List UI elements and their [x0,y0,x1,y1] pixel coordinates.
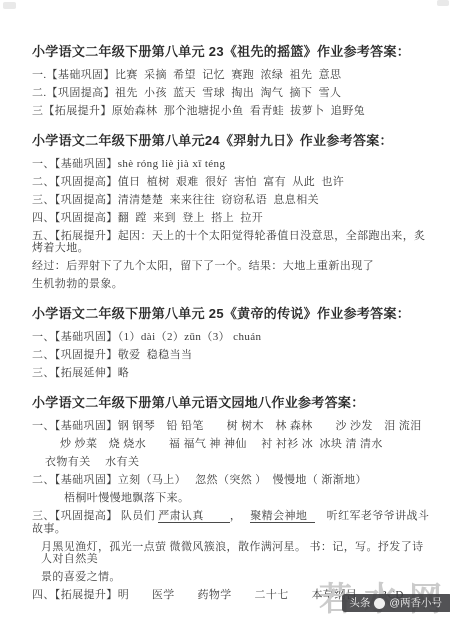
answer-line: 月黑见渔灯，孤光一点萤 微微风簇浪，散作满河星。 书：记，写。抒发了诗人对自然美 [32,541,434,565]
section-yuwenyuandi8: 小学语文二年级下册第八单元语文园地八作业参考答案： 一、【基础巩固】钢 钢琴 铅… [32,395,434,601]
toutiao-watermark-badge: 头条 @两香小号 [342,594,450,612]
document-page: 小学语文二年级下册第八单元 23《祖先的摇篮》作业参考答案： 一.【基础巩固】比… [0,0,450,636]
answer-line: 四、【巩固提高】翻 蹚 来到 登上 搭上 拉开 [32,212,434,224]
section-unit25-huangdi: 小学语文二年级下册第八单元 25《黄帝的传说》作业参考答案： 一、【基础巩固】（… [32,306,434,379]
section-unit24-yishejiuri: 小学语文二年级下册第八单元24《羿射九日》作业参考答案： 一、【基础巩固】shè… [32,133,434,290]
answer-line: 三、【巩固提高】清清楚楚 来来往往 窃窃私语 息息相关 [32,194,434,206]
corner-smudge-right [437,0,449,6]
answer-line: 一、【基础巩固】（1）dài（2）zūn（3） chuán [32,331,434,343]
corner-smudge-left [3,2,16,9]
section-unit23-zuxian: 小学语文二年级下册第八单元 23《祖先的摇篮》作业参考答案： 一.【基础巩固】比… [32,44,434,117]
answer-line: 五、【拓展提升】起因：天上的十个太阳觉得轮番值日没意思，全部跑出来，炙 烤着大地… [32,230,434,254]
answer-line: 二、【巩固提升】敬爱 稳稳当当 [32,349,434,361]
answer-line: 二、【巩固提高】值日 植树 艰难 很好 害怕 富有 从此 也许 [32,176,434,188]
badge-platform-label: 头条 [349,597,370,609]
section-title: 小学语文二年级下册第八单元 25《黄帝的传说》作业参考答案： [32,306,434,322]
answer-line: 二、【基础巩固】立刻（马上） 忽然（突然 ） 慢慢地（ 渐渐地） [32,474,434,486]
answer-line: 梧桐叶慢慢地飘落下来。 [32,492,434,504]
answer-line: 一.【基础巩固】比赛 采摘 希望 记忆 赛跑 浓绿 祖先 意思 [32,69,434,81]
answer-line: 炒 炒菜 烧 烧水 福 福气 神 神仙 衬 衬衫 冰 冰块 清 清水 [32,438,434,450]
answer-line: 一、【基础巩固】钢 钢琴 铅 铅笔 树 树木 林 森林 沙 沙发 泪 流泪 [32,420,434,432]
answer-line: 经过：后羿射下了九个太阳，留下了一个。结果：大地上重新出现了 [32,260,434,272]
answer-line: 三、【拓展延伸】略 [32,367,434,379]
answer-line-fill-blanks: 三、【巩固提高】 队员们 严肃认真， 聚精会神地 听红军老爷爷讲战斗故事。 [32,510,434,535]
section-title: 小学语文二年级下册第八单元语文园地八作业参考答案： [32,395,434,411]
section-title: 小学语文二年级下册第八单元24《羿射九日》作业参考答案： [32,133,434,149]
answer-line: 三【拓展提升】原始森林 那个池塘捉小鱼 看青蛙 拔萝卜 追野兔 [32,105,434,117]
answer-line: 二.【巩固提高】祖先 小孩 蓝天 雪球 掏出 淘气 摘下 雪人 [32,87,434,99]
fill-blank-answer: 聚精会神地 [250,510,315,523]
toutiao-logo-icon [374,598,385,609]
answers-content: 小学语文二年级下册第八单元 23《祖先的摇篮》作业参考答案： 一.【基础巩固】比… [0,0,450,601]
section-title: 小学语文二年级下册第八单元 23《祖先的摇篮》作业参考答案： [32,44,434,60]
fill-prefix: 三、【巩固提高】 队员们 [32,510,158,522]
badge-username: @两香小号 [389,597,442,609]
fill-blank-answer: 严肃认真 [158,510,230,523]
answer-line: 生机勃勃的景象。 [32,278,434,290]
fill-mid: ， [230,510,250,522]
answer-line: 衣物有关 水有关 [32,456,434,468]
answer-line: 一、【基础巩固】shè róng liè jià xī téng [32,158,434,170]
